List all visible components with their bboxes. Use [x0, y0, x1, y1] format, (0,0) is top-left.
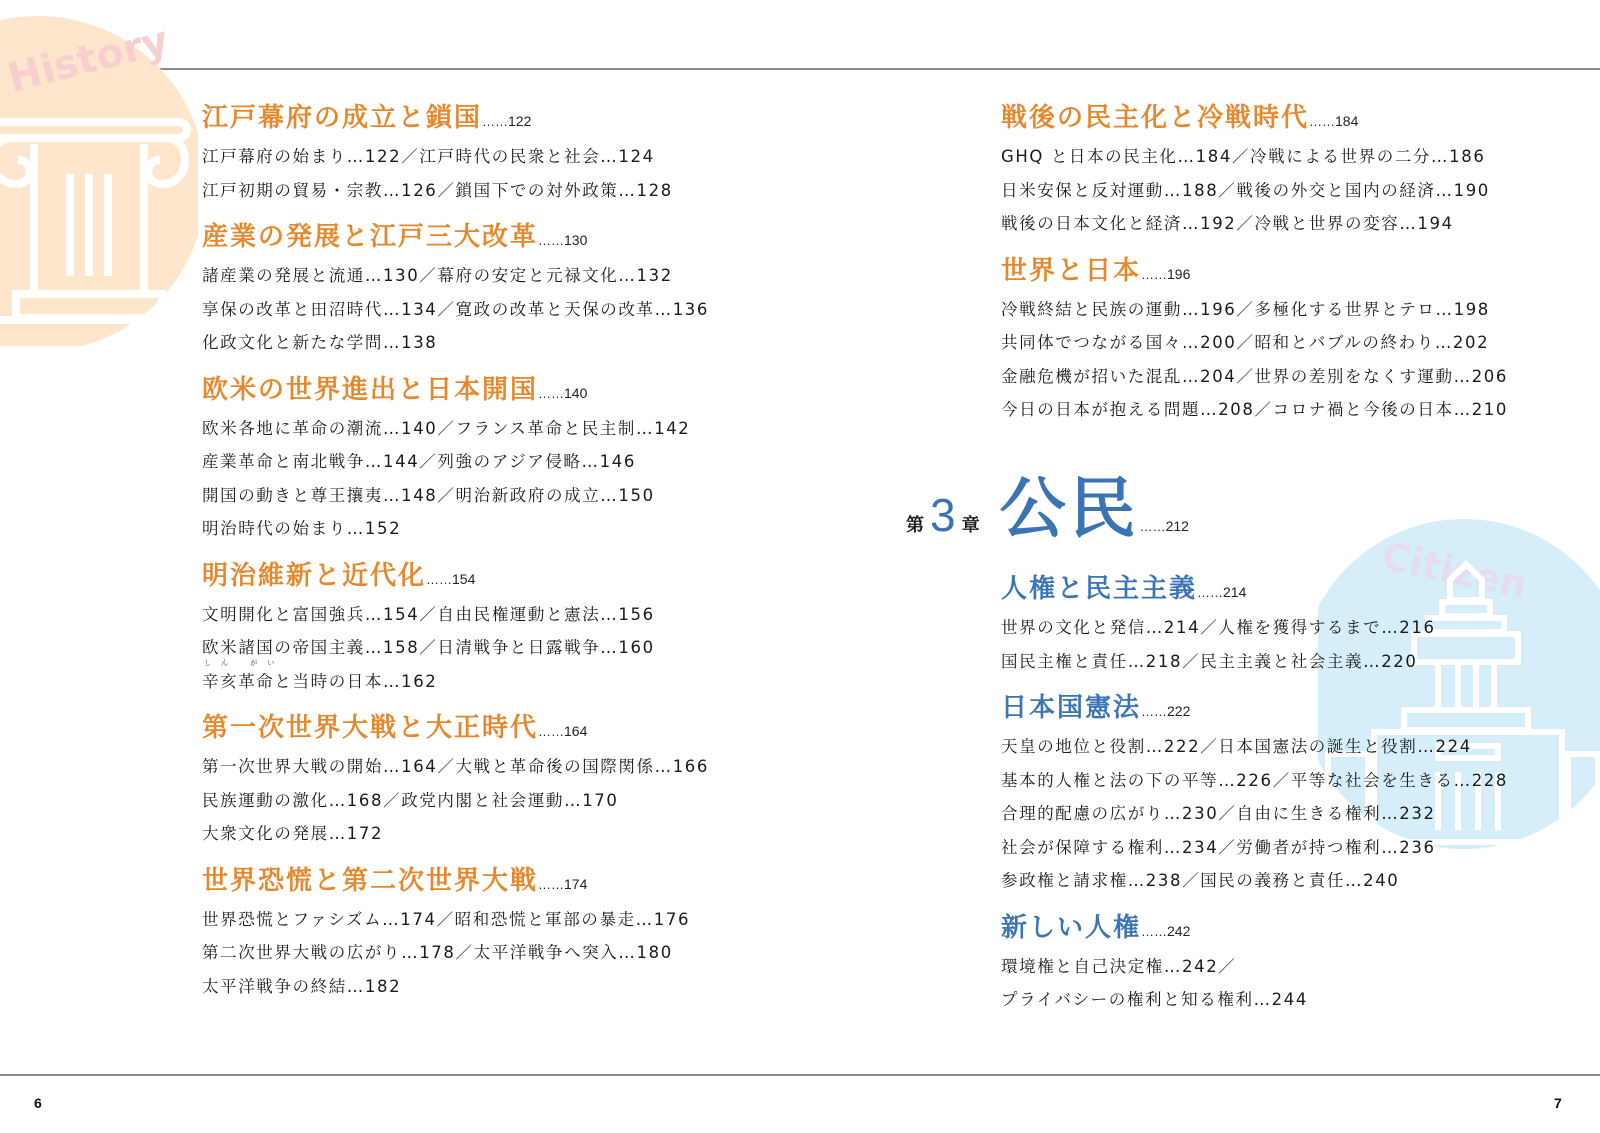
chapter-page-number: 212 — [1166, 518, 1189, 534]
toc-entry[interactable]: 明治時代の始まり…152 — [202, 512, 802, 546]
section-heading[interactable]: 第一次世界大戦と大正時代……164 — [202, 706, 802, 750]
toc-entry[interactable]: 国民主権と責任…218／民主主義と社会主義…220 — [1001, 645, 1591, 679]
toc-right-column-civics: 人権と民主主義……214世界の文化と発信…214／人権を獲得するまで…216国民… — [1001, 567, 1591, 1017]
section-title: 人権と民主主義 — [1001, 567, 1197, 611]
toc-entry[interactable]: 社会が保障する権利…234／労働者が持つ権利…236 — [1001, 831, 1591, 865]
toc-entry[interactable]: 共同体でつながる国々…200／昭和とバブルの終わり…202 — [1001, 326, 1591, 360]
toc-section: 世界恐慌と第二次世界大戦……174世界恐慌とファシズム…174／昭和恐慌と軍部の… — [202, 859, 802, 1004]
toc-left-column: 江戸幕府の成立と鎖国……122江戸幕府の始まり…122／江戸時代の民衆と社会…1… — [202, 96, 802, 1003]
top-rule — [0, 68, 1600, 70]
section-heading[interactable]: 明治維新と近代化……154 — [202, 554, 802, 598]
chapter-leader-dots: …… — [1140, 519, 1166, 534]
toc-entry[interactable]: 産業革命と南北戦争…144／列強のアジア侵略…146 — [202, 445, 802, 479]
leader-dots: …… — [1141, 253, 1167, 297]
toc-section: 第一次世界大戦と大正時代……164第一次世界大戦の開始…164／大戦と革命後の国… — [202, 706, 802, 851]
toc-entry[interactable]: 民族運動の激化…168／政党内閣と社会運動…170 — [202, 784, 802, 818]
section-page-number: 140 — [564, 371, 587, 415]
toc-entry[interactable]: 欧米諸国の帝国主義…158／日清戦争と日露戦争…160 — [202, 631, 802, 665]
toc-entry[interactable]: 戦後の日本文化と経済…192／冷戦と世界の変容…194 — [1001, 207, 1591, 241]
toc-entry[interactable]: 辛亥革命と当時の日本…162しん がい — [202, 665, 802, 699]
toc-entry[interactable]: 第一次世界大戦の開始…164／大戦と革命後の国際関係…166 — [202, 750, 802, 784]
toc-entry[interactable]: 江戸初期の貿易・宗教…126／鎖国下での対外政策…128 — [202, 174, 802, 208]
entry-list: GHQ と日本の民主化…184／冷戦による世界の二分…186日米安保と反対運動…… — [1001, 140, 1591, 241]
section-heading[interactable]: 人権と民主主義……214 — [1001, 567, 1591, 611]
section-page-number: 154 — [452, 557, 475, 601]
section-title: 戦後の民主化と冷戦時代 — [1001, 96, 1309, 140]
section-page-number: 122 — [508, 99, 531, 143]
toc-entry[interactable]: 江戸幕府の始まり…122／江戸時代の民衆と社会…124 — [202, 140, 802, 174]
page-number-left: 6 — [34, 1095, 42, 1111]
toc-entry[interactable]: プライバシーの権利と知る権利…244 — [1001, 983, 1591, 1017]
section-heading[interactable]: 世界と日本……196 — [1001, 249, 1591, 293]
leader-dots: …… — [1141, 910, 1167, 954]
chapter-name: 公民 — [1000, 474, 1140, 544]
toc-entry[interactable]: 天皇の地位と役割…222／日本国憲法の誕生と役割…224 — [1001, 730, 1591, 764]
section-page-number: 184 — [1335, 99, 1358, 143]
leader-dots: …… — [538, 710, 564, 754]
toc-entry[interactable]: 冷戦終結と民族の運動…196／多極化する世界とテロ…198 — [1001, 293, 1591, 327]
toc-section: 新しい人権……242環境権と自己決定権…242／プライバシーの権利と知る権利…2… — [1001, 906, 1591, 1017]
toc-section: 世界と日本……196冷戦終結と民族の運動…196／多極化する世界とテロ…198共… — [1001, 249, 1591, 427]
toc-entry[interactable]: 大衆文化の発展…172 — [202, 817, 802, 851]
section-heading[interactable]: 日本国憲法……222 — [1001, 686, 1591, 730]
toc-entry[interactable]: 基本的人権と法の下の平等…226／平等な社会を生きる…228 — [1001, 764, 1591, 798]
toc-section: 日本国憲法……222天皇の地位と役割…222／日本国憲法の誕生と役割…224基本… — [1001, 686, 1591, 898]
ruby-annotation: しん がい — [204, 659, 284, 667]
toc-section: 江戸幕府の成立と鎖国……122江戸幕府の始まり…122／江戸時代の民衆と社会…1… — [202, 96, 802, 207]
toc-entry[interactable]: 今日の日本が抱える問題…208／コロナ禍と今後の日本…210 — [1001, 393, 1591, 427]
section-title: 明治維新と近代化 — [202, 554, 426, 598]
leader-dots: …… — [426, 558, 452, 602]
section-title: 産業の発展と江戸三大改革 — [202, 215, 538, 259]
entry-list: 文明開化と富国強兵…154／自由民権運動と憲法…156欧米諸国の帝国主義…158… — [202, 598, 802, 699]
entry-list: 欧米各地に革命の潮流…140／フランス革命と民主制…142産業革命と南北戦争…1… — [202, 412, 802, 546]
toc-entry[interactable]: 金融危機が招いた混乱…204／世界の差別をなくす運動…206 — [1001, 360, 1591, 394]
entry-list: 第一次世界大戦の開始…164／大戦と革命後の国際関係…166民族運動の激化…16… — [202, 750, 802, 851]
section-heading[interactable]: 新しい人権……242 — [1001, 906, 1591, 950]
toc-entry[interactable]: 太平洋戦争の終結…182 — [202, 970, 802, 1004]
toc-entry[interactable]: 欧米各地に革命の潮流…140／フランス革命と民主制…142 — [202, 412, 802, 446]
toc-entry[interactable]: 第二次世界大戦の広がり…178／太平洋戦争へ突入…180 — [202, 936, 802, 970]
section-heading[interactable]: 江戸幕府の成立と鎖国……122 — [202, 96, 802, 140]
section-title: 世界恐慌と第二次世界大戦 — [202, 859, 538, 903]
chapter-3-heading[interactable]: 第 3 章 公民 …… 212 — [906, 474, 1189, 545]
entry-list: 冷戦終結と民族の運動…196／多極化する世界とテロ…198共同体でつながる国々…… — [1001, 293, 1591, 427]
section-page-number: 164 — [564, 709, 587, 753]
leader-dots: …… — [538, 219, 564, 263]
toc-entry[interactable]: 享保の改革と田沼時代…134／寛政の改革と天保の改革…136 — [202, 293, 802, 327]
toc-entry[interactable]: 環境権と自己決定権…242／ — [1001, 950, 1591, 984]
section-title: 江戸幕府の成立と鎖国 — [202, 96, 482, 140]
section-title: 欧米の世界進出と日本開国 — [202, 368, 538, 412]
entry-list: 諸産業の発展と流通…130／幕府の安定と元禄文化…132享保の改革と田沼時代…1… — [202, 259, 802, 360]
toc-entry[interactable]: 合理的配慮の広がり…230／自由に生きる権利…232 — [1001, 797, 1591, 831]
section-title: 第一次世界大戦と大正時代 — [202, 706, 538, 750]
toc-entry[interactable]: 開国の動きと尊王攘夷…148／明治新政府の成立…150 — [202, 479, 802, 513]
history-decoration: History — [0, 14, 198, 350]
chapter-suffix: 章 — [962, 511, 980, 537]
toc-entry[interactable]: 世界恐慌とファシズム…174／昭和恐慌と軍部の暴走…176 — [202, 903, 802, 937]
section-heading[interactable]: 世界恐慌と第二次世界大戦……174 — [202, 859, 802, 903]
leader-dots: …… — [1141, 690, 1167, 734]
section-page-number: 196 — [1167, 252, 1190, 296]
section-heading[interactable]: 産業の発展と江戸三大改革……130 — [202, 215, 802, 259]
toc-entry[interactable]: 文明開化と富国強兵…154／自由民権運動と憲法…156 — [202, 598, 802, 632]
section-heading[interactable]: 戦後の民主化と冷戦時代……184 — [1001, 96, 1591, 140]
chapter-number: 3 — [930, 485, 956, 545]
toc-entry[interactable]: 諸産業の発展と流通…130／幕府の安定と元禄文化…132 — [202, 259, 802, 293]
section-page-number: 174 — [564, 862, 587, 906]
section-title: 世界と日本 — [1001, 249, 1141, 293]
section-title: 新しい人権 — [1001, 906, 1141, 950]
section-page-number: 214 — [1223, 570, 1246, 614]
toc-entry[interactable]: 化政文化と新たな学問…138 — [202, 326, 802, 360]
leader-dots: …… — [538, 863, 564, 907]
toc-entry[interactable]: 日米安保と反対運動…188／戦後の外交と国内の経済…190 — [1001, 174, 1591, 208]
bottom-rule — [0, 1074, 1600, 1076]
toc-section: 明治維新と近代化……154文明開化と富国強兵…154／自由民権運動と憲法…156… — [202, 554, 802, 699]
leader-dots: …… — [538, 372, 564, 416]
section-page-number: 242 — [1167, 909, 1190, 953]
toc-section: 欧米の世界進出と日本開国……140欧米各地に革命の潮流…140／フランス革命と民… — [202, 368, 802, 546]
leader-dots: …… — [1197, 571, 1223, 615]
toc-section: 戦後の民主化と冷戦時代……184GHQ と日本の民主化…184／冷戦による世界の… — [1001, 96, 1591, 241]
toc-entry[interactable]: 世界の文化と発信…214／人権を獲得するまで…216 — [1001, 611, 1591, 645]
entry-list: 世界恐慌とファシズム…174／昭和恐慌と軍部の暴走…176第二次世界大戦の広がり… — [202, 903, 802, 1004]
section-page-number: 222 — [1167, 689, 1190, 733]
page-number-right: 7 — [1554, 1095, 1562, 1111]
section-page-number: 130 — [564, 218, 587, 262]
chapter-prefix: 第 — [906, 511, 924, 537]
toc-section: 人権と民主主義……214世界の文化と発信…214／人権を獲得するまで…216国民… — [1001, 567, 1591, 678]
toc-section: 産業の発展と江戸三大改革……130諸産業の発展と流通…130／幕府の安定と元禄文… — [202, 215, 802, 360]
section-title: 日本国憲法 — [1001, 686, 1141, 730]
entry-list: 世界の文化と発信…214／人権を獲得するまで…216国民主権と責任…218／民主… — [1001, 611, 1591, 678]
entry-list: 江戸幕府の始まり…122／江戸時代の民衆と社会…124江戸初期の貿易・宗教…12… — [202, 140, 802, 207]
entry-list: 環境権と自己決定権…242／プライバシーの権利と知る権利…244 — [1001, 950, 1591, 1017]
leader-dots: …… — [482, 100, 508, 144]
section-heading[interactable]: 欧米の世界進出と日本開国……140 — [202, 368, 802, 412]
toc-entry[interactable]: 参政権と請求権…238／国民の義務と責任…240 — [1001, 864, 1591, 898]
toc-entry[interactable]: GHQ と日本の民主化…184／冷戦による世界の二分…186 — [1001, 140, 1591, 174]
entry-list: 天皇の地位と役割…222／日本国憲法の誕生と役割…224基本的人権と法の下の平等… — [1001, 730, 1591, 898]
toc-right-column-history: 戦後の民主化と冷戦時代……184GHQ と日本の民主化…184／冷戦による世界の… — [1001, 96, 1591, 427]
leader-dots: …… — [1309, 100, 1335, 144]
